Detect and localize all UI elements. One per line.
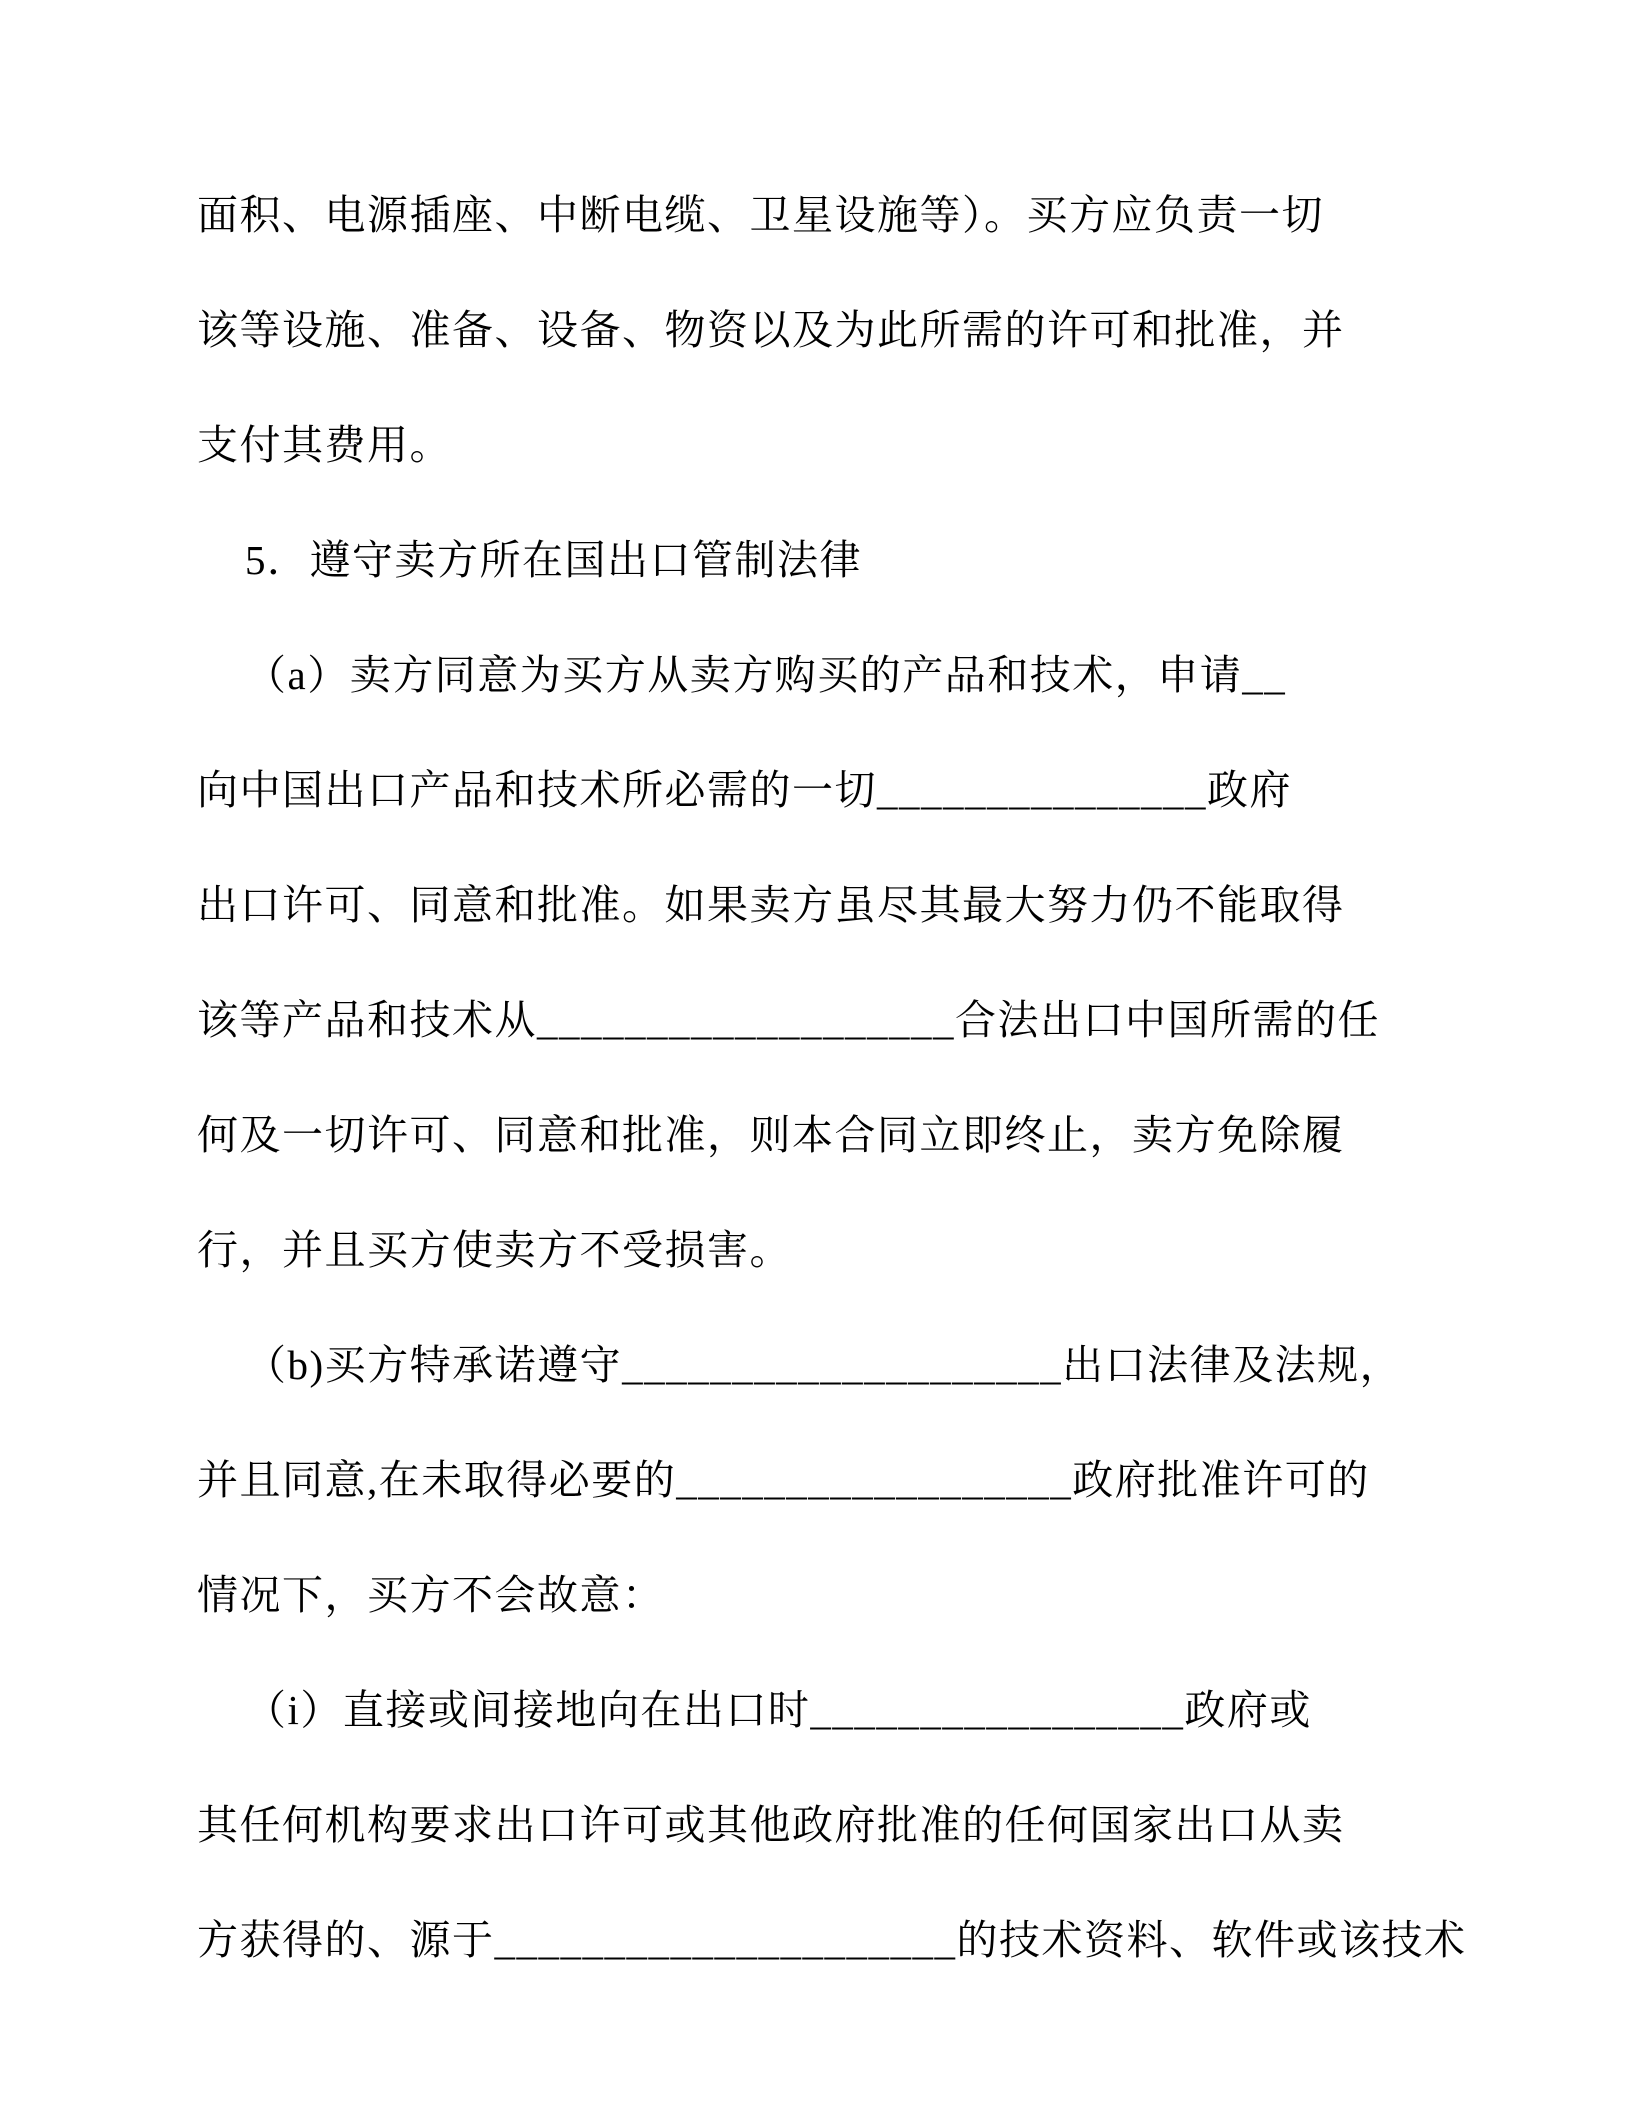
clause-5a-line-6: 行，并且买方使卖方不受损害。 <box>197 1193 1457 1308</box>
document-page: 面积、电源插座、中断电缆、卫星设施等）。买方应负责一切 该等设施、准备、设备、物… <box>0 0 1632 2112</box>
clause-5b-i-line-1: （i）直接或间接地向在出口时_________________政府或 <box>197 1653 1457 1768</box>
clause-5a-line-2: 向中国出口产品和技术所必需的一切_______________政府 <box>197 733 1457 848</box>
clause-5b-line-3: 情况下，买方不会故意： <box>197 1538 1457 1653</box>
doc-line-1: 面积、电源插座、中断电缆、卫星设施等）。买方应负责一切 <box>197 158 1457 273</box>
document-text-block: 面积、电源插座、中断电缆、卫星设施等）。买方应负责一切 该等设施、准备、设备、物… <box>197 158 1457 1998</box>
clause-5a-line-1: （a）卖方同意为买方从卖方购买的产品和技术，申请__ <box>197 618 1457 733</box>
clause-5-heading: 5．遵守卖方所在国出口管制法律 <box>197 503 1457 618</box>
clause-5b-line-1: （b)买方特承诺遵守____________________出口法律及法规， <box>197 1308 1457 1423</box>
clause-5a-line-3: 出口许可、同意和批准。如果卖方虽尽其最大努力仍不能取得 <box>197 848 1457 963</box>
clause-5a-line-4: 该等产品和技术从___________________合法出口中国所需的任 <box>197 963 1457 1078</box>
clause-5b-i-line-3: 方获得的、源于_____________________的技术资料、软件或该技术 <box>197 1883 1457 1998</box>
clause-5b-i-line-2: 其任何机构要求出口许可或其他政府批准的任何国家出口从卖 <box>197 1768 1457 1883</box>
clause-5a-line-5: 何及一切许可、同意和批准，则本合同立即终止，卖方免除履 <box>197 1078 1457 1193</box>
doc-line-2: 该等设施、准备、设备、物资以及为此所需的许可和批准，并 <box>197 273 1457 388</box>
doc-line-3: 支付其费用。 <box>197 388 1457 503</box>
clause-5b-line-2: 并且同意,在未取得必要的__________________政府批准许可的 <box>197 1423 1457 1538</box>
